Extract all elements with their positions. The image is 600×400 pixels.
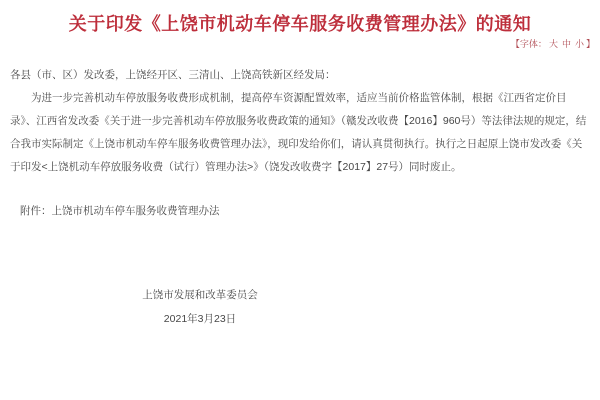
- signature-block: 上饶市发展和改革委员会 2021年3月23日: [0, 283, 400, 331]
- page-title: 关于印发《上饶市机动车停车服务收费管理办法》的通知: [0, 0, 600, 36]
- issuer-name: 上饶市发展和改革委员会: [0, 283, 400, 307]
- attachment-link[interactable]: 上饶市机动车停车服务收费管理办法: [52, 205, 220, 217]
- attachment-label: 附件：: [20, 205, 52, 217]
- notice-page: 关于印发《上饶市机动车停车服务收费管理办法》的通知 【字体：大中小】 各县（市、…: [0, 0, 600, 400]
- font-selector-suffix: 】: [586, 39, 595, 49]
- font-size-large-button[interactable]: 大: [549, 38, 558, 50]
- font-selector-prefix: 【字体：: [511, 39, 547, 49]
- font-size-small-button[interactable]: 小: [575, 38, 584, 50]
- main-paragraph: 为进一步完善机动车停放服务收费形成机制，提高停车资源配置效率，适应当前价格监管体…: [10, 87, 592, 179]
- font-size-medium-button[interactable]: 中: [562, 38, 571, 50]
- notice-body: 各县（市、区）发改委，上饶经开区、三清山、上饶高铁新区经发局： 为进一步完善机动…: [10, 64, 592, 179]
- font-size-selector: 【字体：大中小】: [0, 38, 600, 50]
- issue-date: 2021年3月23日: [0, 307, 400, 331]
- attachment-line: 附件：上饶市机动车停车服务收费管理办法: [20, 200, 592, 223]
- salutation-line: 各县（市、区）发改委，上饶经开区、三清山、上饶高铁新区经发局：: [10, 64, 592, 87]
